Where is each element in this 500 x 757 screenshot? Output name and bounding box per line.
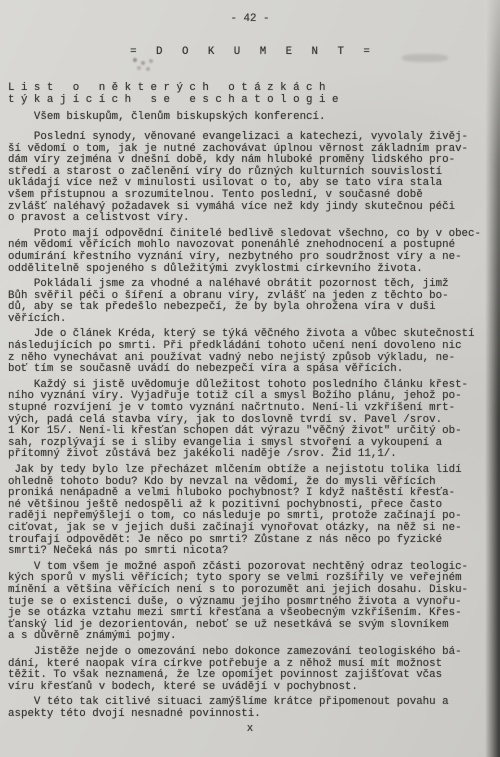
paragraph: Jak by tedy bylo lze přecházet mlčením o…: [8, 465, 492, 558]
paragraph: Jistěže nejde o omezování nebo dokonce z…: [8, 647, 492, 693]
document-title: L i s t o n ě k t e r ý c h o t á z k á …: [8, 83, 492, 106]
document-body: Poslední synody, věnované evangelizaci a…: [8, 132, 492, 721]
paragraph: Poslední synody, věnované evangelizaci a…: [8, 132, 492, 225]
paragraph: V této tak citlivé situaci zamýšlíme krá…: [8, 697, 492, 720]
paragraph: Každý si jistě uvědomuje důležitost toho…: [8, 380, 492, 461]
scanned-document-page: - 42 - = D O K U M E N T = L i s t o n ě…: [0, 0, 500, 757]
document-title-line2: t ý k a j í c í c h s e e s c h a t o l …: [8, 95, 492, 107]
section-separator-mark: x: [8, 724, 492, 736]
scan-edge-shadow: [485, 0, 500, 757]
paragraph: V tom všem je možné aspoň zčásti pozorov…: [8, 562, 492, 643]
paragraph: Pokládali jsme za vhodné a naléhavé obrá…: [8, 279, 492, 325]
paragraph: Jde o článek Kréda, který se týká věčnéh…: [8, 329, 492, 375]
ink-smudge: [402, 54, 448, 62]
paragraph: Proto mají odpovědní činitelé bedlivě sl…: [8, 229, 492, 275]
ink-smudge: [133, 58, 137, 62]
document-sheet: - 42 - = D O K U M E N T = L i s t o n ě…: [0, 14, 500, 736]
salutation: Všem biskupům, členům biskupských konfer…: [8, 112, 492, 124]
page-number: - 42 -: [8, 14, 492, 26]
